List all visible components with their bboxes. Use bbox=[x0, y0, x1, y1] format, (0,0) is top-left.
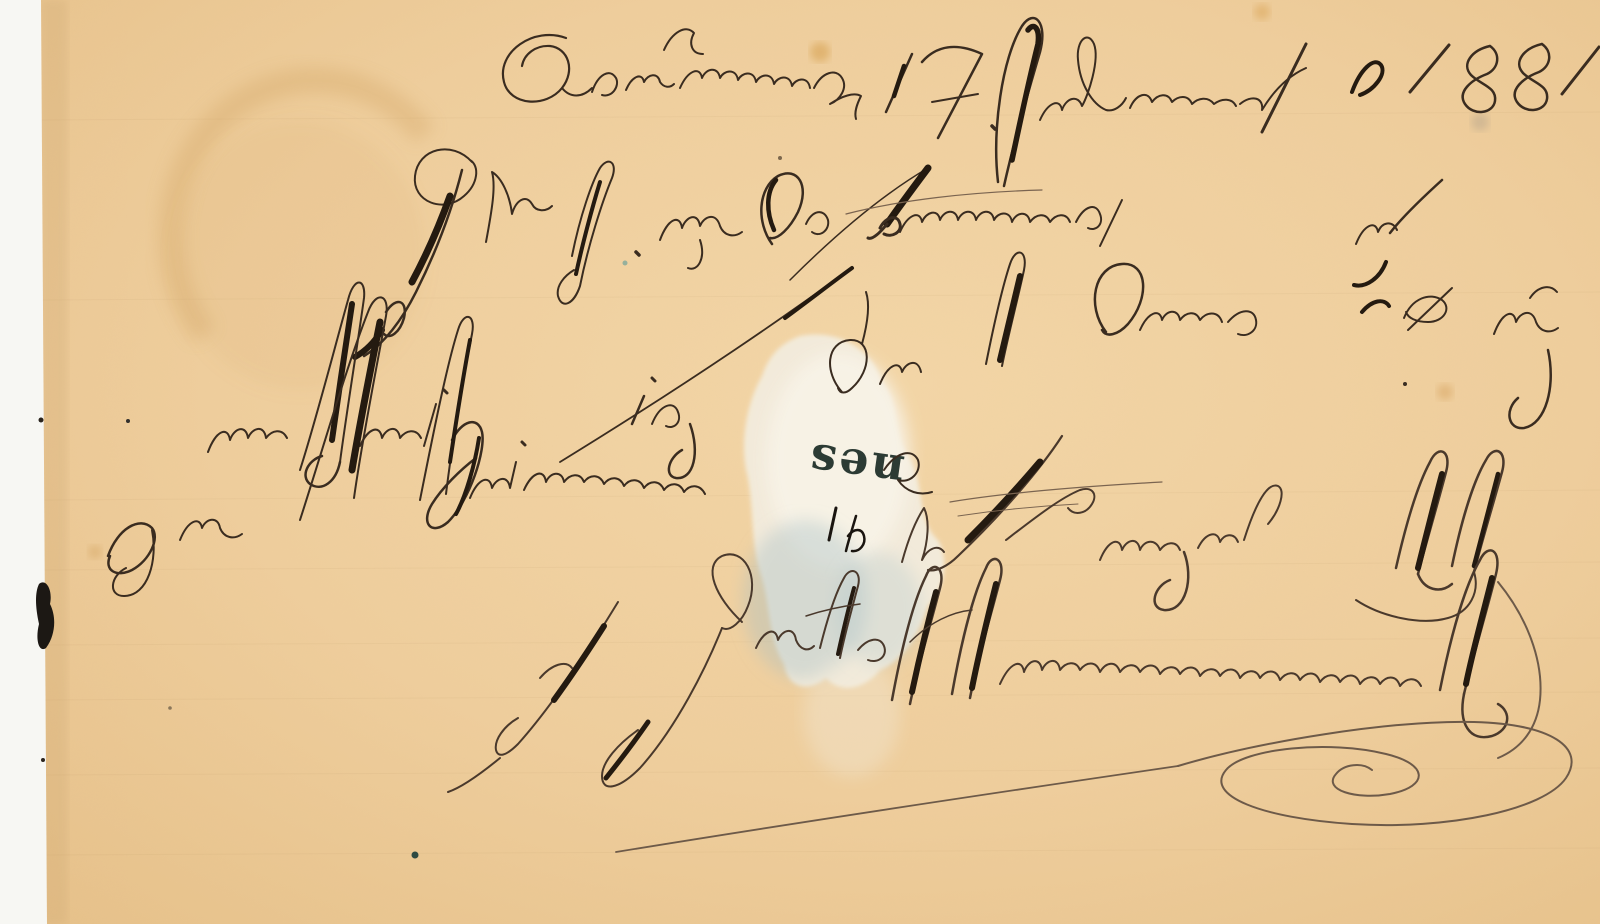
postcard-scan: nes bbox=[0, 0, 1600, 924]
postcard-art: nes bbox=[0, 0, 1600, 924]
